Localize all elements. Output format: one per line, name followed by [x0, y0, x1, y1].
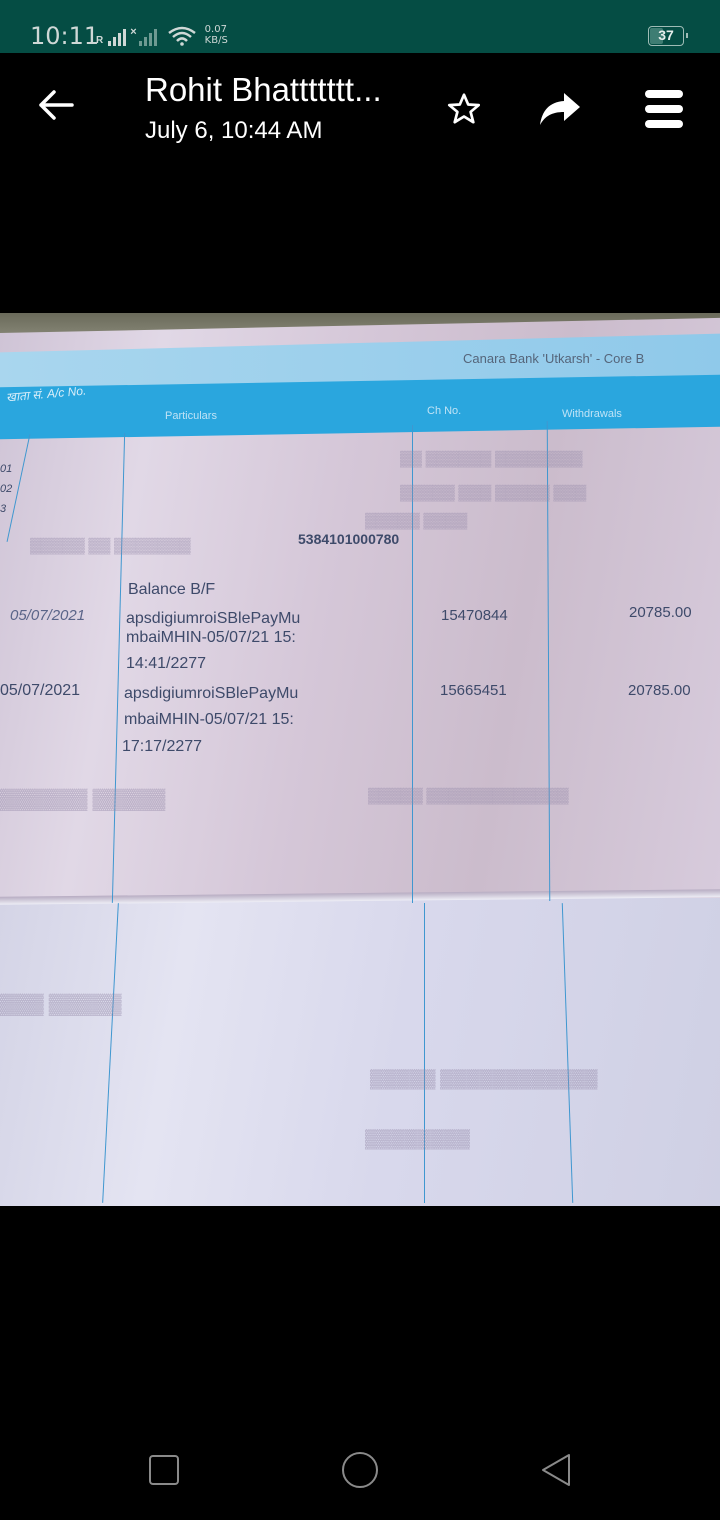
menu-button[interactable]	[640, 85, 688, 133]
shared-image-passbook[interactable]: Canara Bank 'Utkarsh' - Core B खाता सं. …	[0, 313, 720, 1206]
sender-name: Rohit Bhattttttt...	[145, 71, 382, 109]
status-time: 10:11	[30, 22, 99, 50]
entry-date: 05/07/2021	[0, 682, 80, 700]
media-viewer-header: Rohit Bhattttttt... July 6, 10:44 AM	[0, 53, 720, 163]
triangle-back-icon	[539, 1452, 573, 1488]
star-outline-icon	[445, 91, 483, 127]
status-icons: R × 0.07 KB/S	[96, 24, 228, 46]
entry-cheque-no: 15470844	[441, 607, 508, 624]
entry-particulars: Balance B/F	[128, 581, 215, 599]
net-speed: 0.07 KB/S	[205, 24, 228, 46]
back-button[interactable]	[34, 83, 78, 127]
star-button[interactable]	[440, 85, 488, 133]
entry-particulars: apsdigiumroiSBlePayMu	[124, 685, 298, 703]
message-timestamp: July 6, 10:44 AM	[145, 117, 322, 145]
column-cheque-no: Ch No.	[427, 405, 461, 417]
recents-button[interactable]	[144, 1450, 184, 1490]
sim1-roaming-label: R	[96, 35, 103, 46]
battery-level: 37	[658, 27, 674, 43]
entry-cheque-no: 15665451	[440, 682, 507, 699]
bank-name: Canara Bank 'Utkarsh' - Core B	[463, 351, 644, 366]
battery-indicator: 37	[648, 26, 684, 46]
entry-date: 05/07/2021	[10, 607, 85, 624]
column-withdrawals: Withdrawals	[562, 408, 622, 420]
system-navigation-bar	[0, 1420, 720, 1520]
signal-sim1-icon	[108, 28, 126, 46]
circle-home-icon	[341, 1451, 379, 1489]
signal-sim2-icon	[139, 28, 157, 46]
entry-particulars: apsdigiumroiSBlePayMu	[126, 610, 300, 628]
status-bar: 10:11 R × 0.07 KB/S 37	[0, 0, 720, 53]
back-nav-button[interactable]	[536, 1450, 576, 1490]
arrow-left-icon	[38, 89, 74, 121]
column-particulars: Particulars	[165, 410, 217, 422]
entry-withdrawal: 20785.00	[628, 682, 691, 699]
share-forward-icon	[538, 91, 582, 127]
entry-withdrawal: 20785.00	[629, 604, 692, 621]
account-number: 5384101000780	[298, 531, 399, 547]
hamburger-menu-icon	[645, 90, 683, 98]
forward-button[interactable]	[534, 85, 586, 133]
home-button[interactable]	[340, 1450, 380, 1490]
sim2-no-service-label: ×	[130, 26, 136, 38]
wifi-icon	[167, 26, 197, 46]
square-recents-icon	[148, 1454, 180, 1486]
